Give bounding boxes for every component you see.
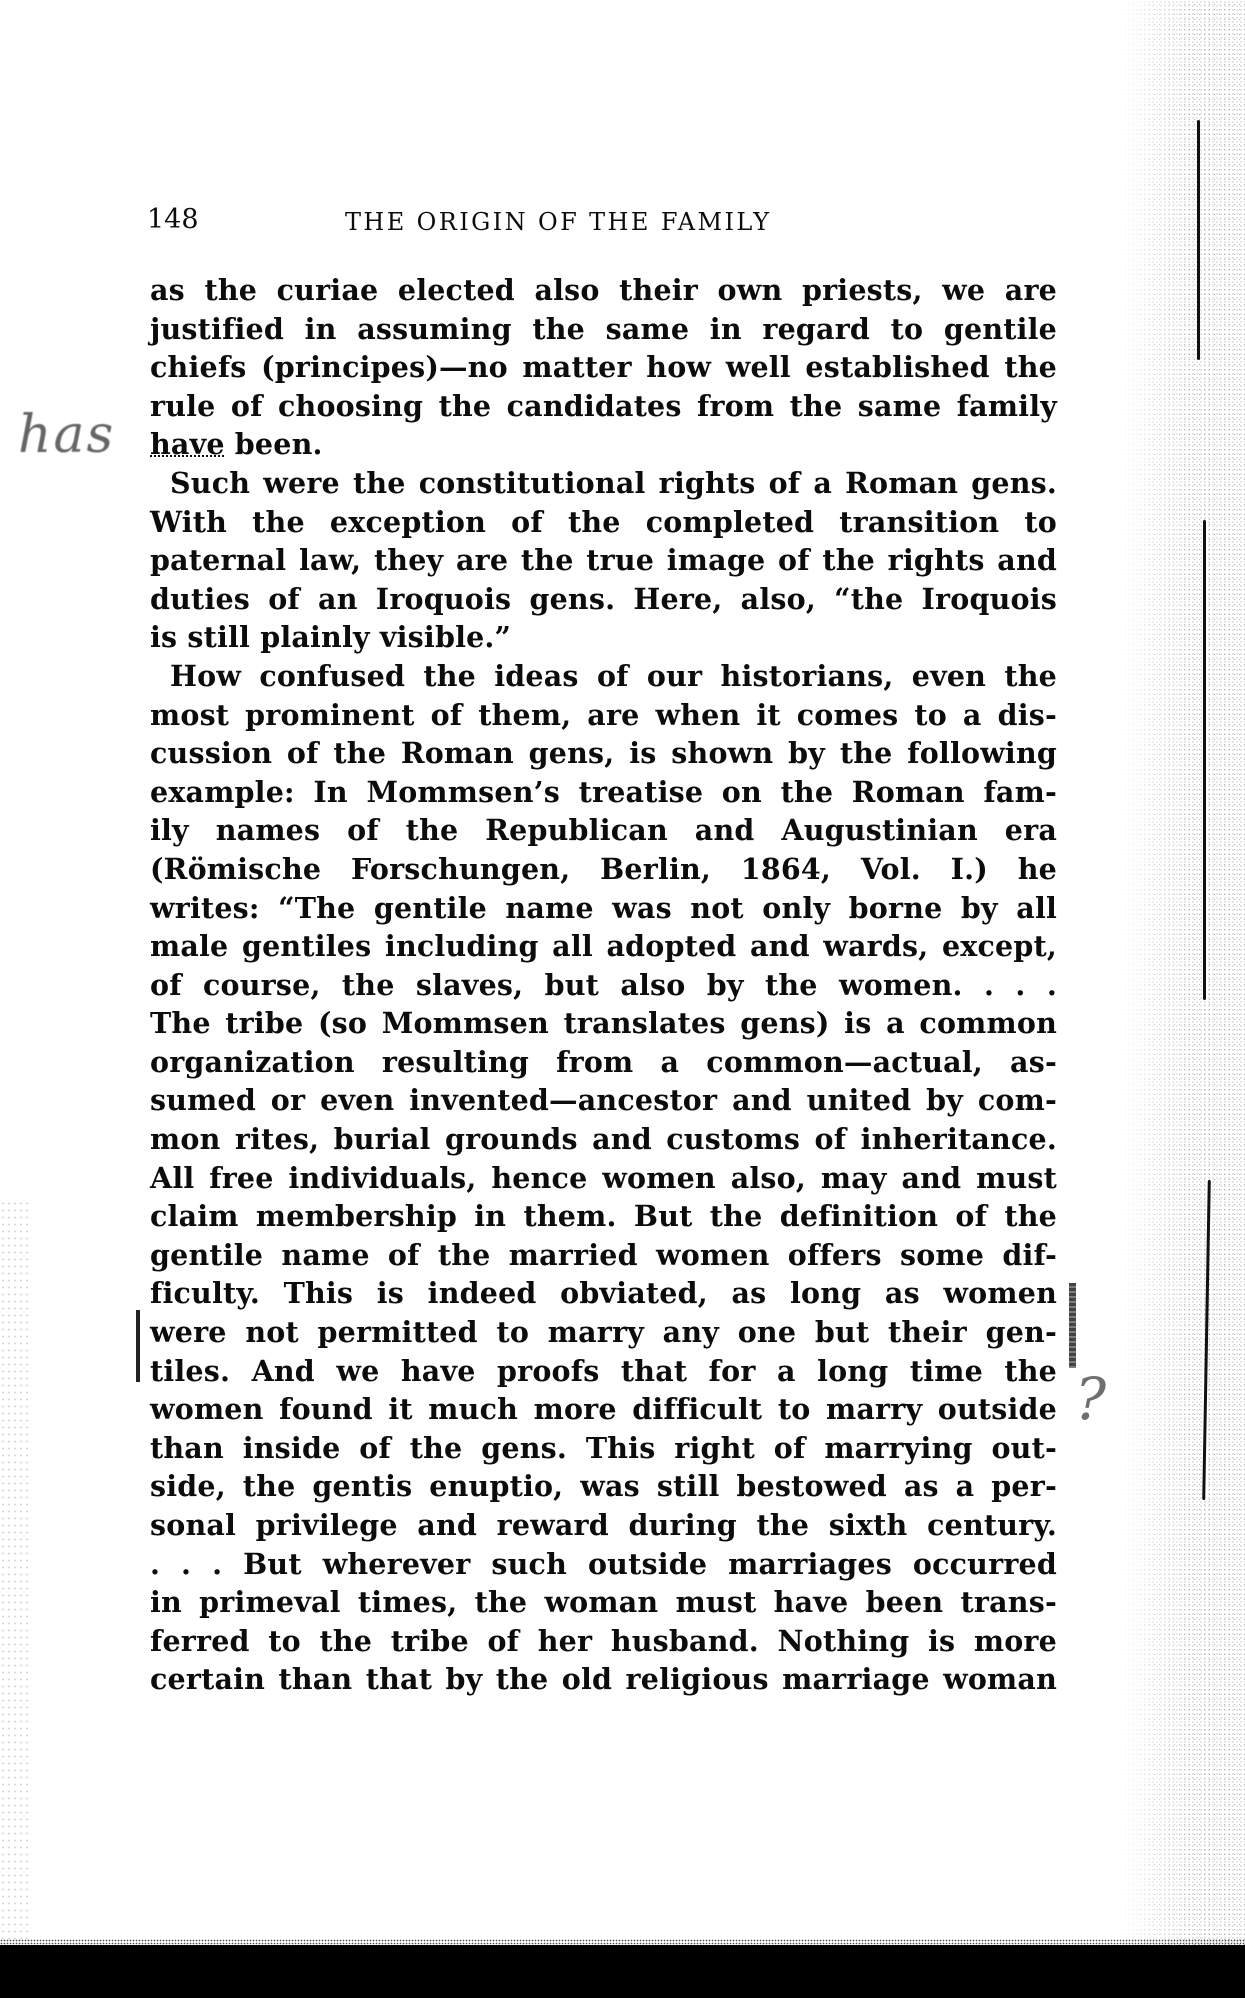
text-line: than inside of the gens. This right of m… (150, 1429, 1057, 1468)
handwritten-margin-bar-right (1069, 1283, 1076, 1368)
text-line: claim membership in them. But the defini… (150, 1197, 1057, 1236)
handwritten-margin-note: has (18, 405, 115, 465)
text-line: side, the gentis enuptio, was still best… (150, 1467, 1057, 1506)
text-line: justified in assuming the same in regard… (150, 310, 1057, 349)
text-line-paragraph-end: is still plainly visible.” (150, 618, 1057, 657)
handwritten-margin-bar-left (136, 1310, 140, 1382)
text-line: (Römische Forschungen, Berlin, 1864, Vol… (150, 850, 1057, 889)
text-line: were not permitted to marry any one but … (150, 1313, 1057, 1352)
running-title: THE ORIGIN OF THE FAMILY (345, 208, 771, 236)
handwritten-question-mark: ? (1075, 1365, 1106, 1433)
text-line: sumed or even invented—ancestor and unit… (150, 1081, 1057, 1120)
text-line: sonal privilege and reward during the si… (150, 1506, 1057, 1545)
text-line: ficulty. This is indeed obviated, as lon… (150, 1274, 1057, 1313)
text-line: paternal law, they are the true image of… (150, 541, 1057, 580)
text-line: ily names of the Republican and Augustin… (150, 811, 1057, 850)
text-line: as the curiae elected also their own pri… (150, 271, 1057, 310)
text-line: male gentiles including all adopted and … (150, 927, 1057, 966)
text-line: in primeval times, the woman must have b… (150, 1583, 1057, 1622)
text-line: most prominent of them, are when it come… (150, 696, 1057, 735)
text-line: women found it much more difficult to ma… (150, 1390, 1057, 1429)
text-line: mon rites, burial grounds and customs of… (150, 1120, 1057, 1159)
text-line: gentile name of the married women offers… (150, 1236, 1057, 1275)
text-line: ferred to the tribe of her husband. Noth… (150, 1622, 1057, 1661)
text-line: All free individuals, hence women also, … (150, 1159, 1057, 1198)
binding-gutter-shadow (1115, 0, 1245, 1945)
text-line: cussion of the Roman gens, is shown by t… (150, 734, 1057, 773)
text-line: example: In Mommsen’s treatise on the Ro… (150, 773, 1057, 812)
text-line: . . . But wherever such outside marriage… (150, 1545, 1057, 1584)
page-header: 148 THE ORIGIN OF THE FAMILY (147, 204, 1057, 240)
text-line: certain than that by the old religious m… (150, 1660, 1057, 1699)
text-line: of course, the slaves, but also by the w… (150, 966, 1057, 1005)
paragraph-start-line: Such were the constitutional rights of a… (150, 464, 1057, 503)
text-line: The tribe (so Mommsen translates gens) i… (150, 1004, 1057, 1043)
text-line: organization resulting from a common—act… (150, 1043, 1057, 1082)
text-line-paragraph-end: have been. (150, 425, 1057, 464)
paragraph-start-line: How confused the ideas of our historians… (150, 657, 1057, 696)
page-number: 148 (147, 204, 199, 235)
text-line: With the exception of the completed tran… (150, 503, 1057, 542)
scan-black-border (0, 1945, 1245, 1998)
text-line: duties of an Iroquois gens. Here, also, … (150, 580, 1057, 619)
underlined-word: have (150, 427, 225, 461)
text-line: chiefs (principes)—no matter how well es… (150, 348, 1057, 387)
text-line: rule of choosing the candidates from the… (150, 387, 1057, 426)
page-edge-speckle (0, 1200, 30, 1940)
binding-line-upper (1197, 120, 1200, 360)
body-text: as the curiae elected also their own pri… (150, 271, 1057, 1699)
text-line: writes: “The gentile name was not only b… (150, 889, 1057, 928)
binding-line-middle (1203, 520, 1206, 1000)
scanned-book-page: 148 THE ORIGIN OF THE FAMILY has ? as th… (0, 0, 1245, 1998)
text-line: tiles. And we have proofs that for a lon… (150, 1352, 1057, 1391)
